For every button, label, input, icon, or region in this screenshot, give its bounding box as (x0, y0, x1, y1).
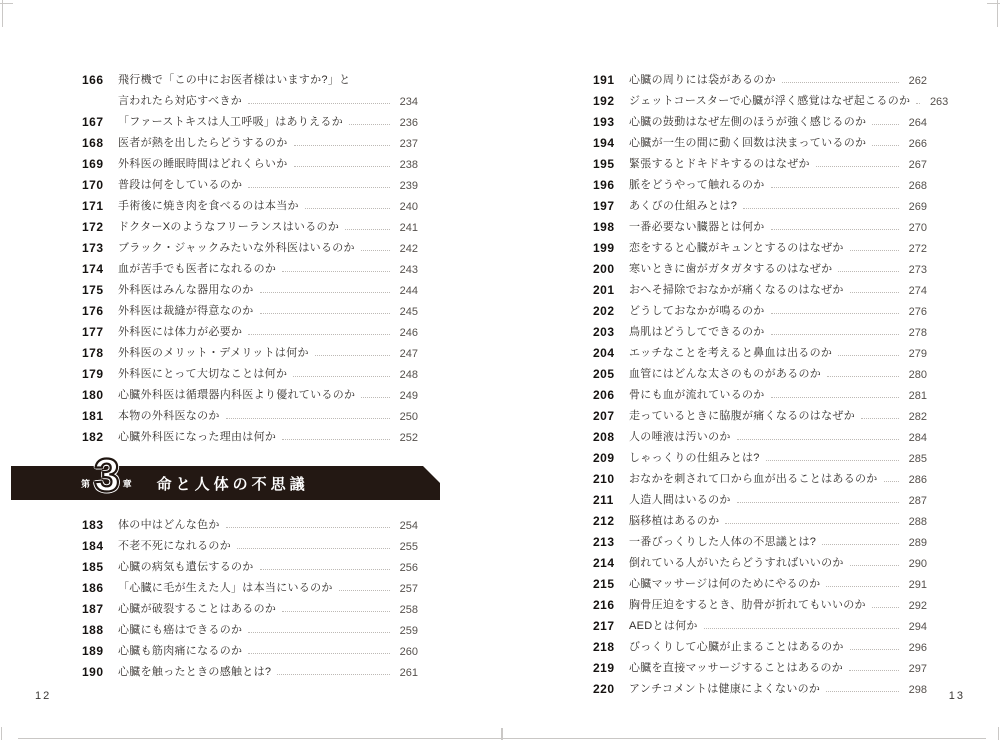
left-page: 166飛行機で「この中にお医者様はいますか?」と言われたら対応すべきか23416… (0, 0, 500, 740)
entry-page-number: 290 (905, 558, 927, 572)
entry-title: 心臓が破裂することはあるのか (118, 600, 276, 618)
leader-line (260, 292, 390, 293)
entry-number: 200 (593, 262, 629, 278)
entry-number: 188 (82, 623, 118, 639)
entry-page-number: 238 (396, 159, 418, 173)
entry-title: 心臓が一生の間に動く回数は決まっているのか (629, 134, 866, 152)
entry-page-number: 262 (905, 75, 927, 89)
toc-entry-row: 167「ファーストキスは人工呼吸」はありえるか236 (82, 110, 418, 131)
leader-line (838, 355, 899, 356)
leader-line (771, 187, 899, 188)
toc-entry-row: 198一番必要ない臓器とは何か270 (593, 215, 927, 236)
toc-entry-row: 219心臓を直接マッサージすることはあるのか297 (593, 656, 927, 677)
entry-page-number: 247 (396, 348, 418, 362)
toc-entry-row: 170普段は何をしているのか239 (82, 173, 418, 194)
leader-line (771, 313, 899, 314)
entry-page-number: 243 (396, 264, 418, 278)
leader-line (260, 569, 390, 570)
entry-title: 心臓の周りには袋があるのか (629, 71, 776, 89)
entry-number: 212 (593, 514, 629, 530)
entry-page-number: 268 (905, 180, 927, 194)
toc-entry-row: 189心臓も筋肉痛になるのか260 (82, 639, 418, 660)
entry-page-number: 254 (396, 520, 418, 534)
entry-title: 心臓も筋肉痛になるのか (118, 642, 242, 660)
leader-line (822, 544, 899, 545)
chapter-prefix-label: 第 (81, 477, 91, 490)
entry-title: 外科医は裁縫が得意なのか (118, 302, 254, 320)
entry-page-number: 255 (396, 541, 418, 555)
toc-entry-row: 220アンチコメントは健康によくないのか298 (593, 677, 927, 698)
leader-line (248, 653, 390, 654)
toc-entry-row: 195緊張するとドキドキするのはなぜか267 (593, 152, 927, 173)
entry-title: 「ファーストキスは人工呼吸」はありえるか (118, 113, 343, 131)
entry-number: 206 (593, 388, 629, 404)
leader-line (850, 649, 899, 650)
entry-title: 寒いときに歯がガタガタするのはなぜか (629, 260, 832, 278)
entry-number: 217 (593, 619, 629, 635)
entry-page-number: 276 (905, 306, 927, 320)
leader-line (782, 82, 899, 83)
toc-entry-row: 183体の中はどんな色か254 (82, 513, 418, 534)
entry-page-number: 294 (905, 621, 927, 635)
toc-entry-row: 172ドクターXのようなフリーランスはいるのか241 (82, 215, 418, 236)
entry-page-number: 273 (905, 264, 927, 278)
entry-page-number: 291 (905, 579, 927, 593)
entry-page-number: 249 (396, 390, 418, 404)
entry-number: 204 (593, 346, 629, 362)
entry-number: 192 (593, 94, 629, 110)
entry-number: 169 (82, 157, 118, 173)
leader-line (850, 250, 899, 251)
entry-page-number: 285 (905, 453, 927, 467)
toc-entry-row: 184不老不死になれるのか255 (82, 534, 418, 555)
entry-title: 骨にも血が流れているのか (629, 386, 765, 404)
toc-entry-row: 187心臓が破裂することはあるのか258 (82, 597, 418, 618)
entry-page-number: 244 (396, 285, 418, 299)
leader-line (771, 229, 899, 230)
entry-title: 心臓を直接マッサージすることはあるのか (629, 659, 843, 677)
leader-line (277, 674, 390, 675)
toc-entry-row: 201おへそ掃除でおなかが痛くなるのはなぜか274 (593, 278, 927, 299)
leader-line (861, 418, 899, 419)
entry-number: 205 (593, 367, 629, 383)
crop-mark-top-left-vertical (2, 0, 3, 27)
entry-number: 190 (82, 665, 118, 681)
entry-title: 不老不死になれるのか (118, 537, 231, 555)
entry-number: 183 (82, 518, 118, 534)
leader-line (827, 376, 899, 377)
entry-number: 191 (593, 73, 629, 89)
entry-number (82, 108, 118, 110)
leader-line (704, 628, 899, 629)
chapter-title: 命と人体の不思議 (157, 473, 309, 494)
toc-entry-row: 181本物の外科医なのか250 (82, 404, 418, 425)
toc-entry-row: 202どうしておなかが鳴るのか276 (593, 299, 927, 320)
leader-line (361, 397, 390, 398)
entry-number: 219 (593, 661, 629, 677)
entry-number: 185 (82, 560, 118, 576)
entry-number: 170 (82, 178, 118, 194)
toc-entry-row: 175外科医はみんな器用なのか244 (82, 278, 418, 299)
entry-number: 207 (593, 409, 629, 425)
entry-title: 心臓を触ったときの感触とは? (118, 663, 271, 681)
leader-line (838, 271, 899, 272)
entry-page-number: 269 (905, 201, 927, 215)
entry-title: 人造人間はいるのか (629, 491, 731, 509)
entry-number: 189 (82, 644, 118, 660)
entry-number: 211 (593, 493, 629, 509)
entry-title: 心臓外科医になった理由は何か (118, 428, 276, 446)
leader-line (293, 376, 390, 377)
entry-number: 184 (82, 539, 118, 555)
crop-mark-top-right-vertical (997, 0, 998, 27)
entry-page-number: 286 (905, 474, 927, 488)
toc-entry-row: 211人造人間はいるのか287 (593, 488, 927, 509)
toc-entry-row: 217AEDとは何か294 (593, 614, 927, 635)
crop-mark-bottom-right-vertical (998, 727, 999, 740)
chapter-suffix-label: 章 (123, 477, 133, 490)
leader-line (282, 611, 390, 612)
entry-title: 走っているときに脇腹が痛くなるのはなぜか (629, 407, 855, 425)
entry-page-number: 258 (396, 604, 418, 618)
leader-line (237, 548, 390, 549)
entry-number: 195 (593, 157, 629, 173)
leader-line (850, 565, 899, 566)
entry-title: ジェットコースターで心臓が浮く感覚はなぜ起こるのか (629, 92, 910, 110)
toc-entry-row: 194心臓が一生の間に動く回数は決まっているのか266 (593, 131, 927, 152)
toc-entry-row: 213一番びっくりした人体の不思議とは?289 (593, 530, 927, 551)
entry-page-number: 259 (396, 625, 418, 639)
toc-entry-row: 186「心臓に毛が生えた人」は本当にいるのか257 (82, 576, 418, 597)
gutter-center-tick (501, 728, 503, 740)
leader-line (737, 502, 899, 503)
entry-title: 普段は何をしているのか (118, 176, 242, 194)
entry-number: 172 (82, 220, 118, 236)
toc-entry-row: 188心臓にも癌はできるのか259 (82, 618, 418, 639)
entry-page-number: 270 (905, 222, 927, 236)
entry-page-number: 267 (905, 159, 927, 173)
leader-line (294, 166, 391, 167)
toc-entry-row: 216胸骨圧迫をするとき、肋骨が折れてもいいのか292 (593, 593, 927, 614)
leader-line (872, 607, 899, 608)
leader-line (282, 271, 390, 272)
entry-title: AEDとは何か (629, 617, 698, 635)
entry-page-number: 239 (396, 180, 418, 194)
entry-number: 214 (593, 556, 629, 572)
entry-page-number: 272 (905, 243, 927, 257)
toc-entry-row: 174血が苦手でも医者になれるのか243 (82, 257, 418, 278)
leader-line (248, 187, 390, 188)
leader-line (260, 313, 390, 314)
toc-entry-row: 208人の唾液は汚いのか284 (593, 425, 927, 446)
entry-title: 心臓マッサージは何のためにやるのか (629, 575, 820, 593)
entry-title: 外科医には体力が必要か (118, 323, 242, 341)
entry-number: 171 (82, 199, 118, 215)
leader-line (826, 691, 899, 692)
leader-line (361, 250, 390, 251)
leader-line (884, 481, 899, 482)
toc-entry-row: 178外科医のメリット・デメリットは何か247 (82, 341, 418, 362)
toc-entry-row: 204エッチなことを考えると鼻血は出るのか279 (593, 341, 927, 362)
entry-title: びっくりして心臓が止まることはあるのか (629, 638, 844, 656)
toc-entry-row: 166飛行機で「この中にお医者様はいますか?」と (82, 68, 418, 89)
entry-page-number: 257 (396, 583, 418, 597)
toc-entry-row: 199恋をすると心臓がキュンとするのはなぜか272 (593, 236, 927, 257)
toc-entry-row: 191心臓の周りには袋があるのか262 (593, 68, 927, 89)
entry-title: 外科医の睡眠時間はどれくらいか (118, 155, 288, 173)
entry-page-number: 242 (396, 243, 418, 257)
entry-number: 180 (82, 388, 118, 404)
entry-number: 186 (82, 581, 118, 597)
entry-number: 218 (593, 640, 629, 656)
entry-title: 心臓の病気も遺伝するのか (118, 558, 254, 576)
entry-page-number: 296 (905, 642, 927, 656)
entry-number: 167 (82, 115, 118, 131)
entry-title: おなかを刺されて口から血が出ることはあるのか (629, 470, 878, 488)
entry-number: 175 (82, 283, 118, 299)
toc-entry-row: 206骨にも血が流れているのか281 (593, 383, 927, 404)
toc-entry-row: 205血管にはどんな太さのものがあるのか280 (593, 362, 927, 383)
toc-entry-row: 171手術後に焼き肉を食べるのは本当か240 (82, 194, 418, 215)
entry-title: 倒れている人がいたらどうすればいいのか (629, 554, 844, 572)
toc-entry-row: 180心臓外科医は循環器内科医より優れているのか249 (82, 383, 418, 404)
leader-line (305, 208, 390, 209)
entry-title: 血管にはどんな太さのものがあるのか (629, 365, 821, 383)
toc-entry-row: 190心臓を触ったときの感触とは?261 (82, 660, 418, 681)
toc-entry-row: 185心臓の病気も遺伝するのか256 (82, 555, 418, 576)
entry-title: 心臓外科医は循環器内科医より優れているのか (118, 386, 355, 404)
toc-entry-row: 210おなかを刺されて口から血が出ることはあるのか286 (593, 467, 927, 488)
entry-number: 177 (82, 325, 118, 341)
entry-number: 197 (593, 199, 629, 215)
leader-line (226, 527, 390, 528)
entry-title: 「心臓に毛が生えた人」は本当にいるのか (118, 579, 333, 597)
entry-page-number: 288 (905, 516, 927, 530)
toc-entry-row: 215心臓マッサージは何のためにやるのか291 (593, 572, 927, 593)
entry-title: 恋をすると心臓がキュンとするのはなぜか (629, 239, 844, 257)
toc-entry-row: 212脳移植はあるのか288 (593, 509, 927, 530)
entry-title: 飛行機で「この中にお医者様はいますか?」と (118, 71, 350, 89)
entry-title: 外科医のメリット・デメリットは何か (118, 344, 309, 362)
entry-number: 199 (593, 241, 629, 257)
entry-title: 外科医はみんな器用なのか (118, 281, 254, 299)
toc-entry-row: 173ブラック・ジャックみたいな外科医はいるのか242 (82, 236, 418, 257)
entry-number: 201 (593, 283, 629, 299)
leader-line (248, 334, 390, 335)
leader-line (826, 586, 899, 587)
entry-title: ドクターXのようなフリーランスはいるのか (118, 218, 339, 236)
entry-number: 174 (82, 262, 118, 278)
leader-line (743, 208, 899, 209)
entry-number: 198 (593, 220, 629, 236)
leader-line (339, 590, 390, 591)
toc-entry-row: 218びっくりして心臓が止まることはあるのか296 (593, 635, 927, 656)
entry-page-number: 287 (905, 495, 927, 509)
toc-entry-row: 言われたら対応すべきか234 (82, 89, 418, 110)
entry-title: 胸骨圧迫をするとき、肋骨が折れてもいいのか (629, 596, 866, 614)
entry-page-number: 241 (396, 222, 418, 236)
entry-page-number: 281 (905, 390, 927, 404)
leader-line (771, 397, 899, 398)
entry-title: おへそ掃除でおなかが痛くなるのはなぜか (629, 281, 844, 299)
entry-title: 心臓にも癌はできるのか (118, 621, 242, 639)
toc-entry-row: 203鳥肌はどうしてできるのか278 (593, 320, 927, 341)
entry-page-number: 252 (396, 432, 418, 446)
entry-number: 215 (593, 577, 629, 593)
entry-page-number: 250 (396, 411, 418, 425)
toc-entry-row: 214倒れている人がいたらどうすればいいのか290 (593, 551, 927, 572)
toc-entry-row: 176外科医は裁縫が得意なのか245 (82, 299, 418, 320)
entry-title: アンチコメントは健康によくないのか (629, 680, 820, 698)
entry-number: 203 (593, 325, 629, 341)
chapter-number: 3 (94, 452, 120, 498)
entry-title: 一番びっくりした人体の不思議とは? (629, 533, 816, 551)
entry-title: 緊張するとドキドキするのはなぜか (629, 155, 810, 173)
leader-line (816, 166, 899, 167)
toc-entry-row: 168医者が熱を出したらどうするのか237 (82, 131, 418, 152)
entry-page-number: 298 (905, 684, 927, 698)
entry-title: 人の唾液は汚いのか (629, 428, 731, 446)
entry-title: 心臓の鼓動はなぜ左側のほうが強く感じるのか (629, 113, 866, 131)
entry-number: 178 (82, 346, 118, 362)
leader-line (737, 439, 899, 440)
entry-title: 言われたら対応すべきか (118, 92, 242, 110)
entry-page-number: 280 (905, 369, 927, 383)
entry-page-number: 284 (905, 432, 927, 446)
entry-page-number: 237 (396, 138, 418, 152)
entry-page-number: 289 (905, 537, 927, 551)
entry-number: 194 (593, 136, 629, 152)
leader-line (766, 460, 899, 461)
entry-number: 213 (593, 535, 629, 551)
leader-line (349, 124, 390, 125)
toc-list-left-top: 166飛行機で「この中にお医者様はいますか?」と言われたら対応すべきか23416… (82, 68, 418, 446)
leader-line (849, 670, 899, 671)
toc-entry-row: 192ジェットコースターで心臓が浮く感覚はなぜ起こるのか263 (593, 89, 927, 110)
toc-list-left-bottom: 183体の中はどんな色か254184不老不死になれるのか255185心臓の病気も… (82, 513, 418, 681)
entry-page-number: 274 (905, 285, 927, 299)
entry-title: 血が苦手でも医者になれるのか (118, 260, 276, 278)
entry-number: 209 (593, 451, 629, 467)
leader-line (315, 355, 390, 356)
crop-mark-top-right-horizontal (987, 3, 1000, 4)
entry-page-number: 256 (396, 562, 418, 576)
toc-entry-row: 179外科医にとって大切なことは何か248 (82, 362, 418, 383)
leader-line (226, 418, 390, 419)
page-number-left: 12 (35, 690, 51, 702)
crop-mark-bottom-left-vertical (1, 727, 2, 740)
toc-entry-row: 196脈をどうやって触れるのか268 (593, 173, 927, 194)
entry-page-number: 248 (396, 369, 418, 383)
chapter-banner: 第 3 章 命と人体の不思議 (81, 466, 309, 500)
entry-page-number: 282 (905, 411, 927, 425)
leader-line (294, 145, 391, 146)
entry-page-number: 245 (396, 306, 418, 320)
entry-page-number: 297 (905, 663, 927, 677)
leader-line (771, 334, 899, 335)
entry-title: あくびの仕組みとは? (629, 197, 737, 215)
entry-page-number: 263 (926, 96, 948, 110)
leader-line (850, 292, 899, 293)
entry-page-number: 292 (905, 600, 927, 614)
entry-number: 181 (82, 409, 118, 425)
entry-page-number: 260 (396, 646, 418, 660)
entry-number: 179 (82, 367, 118, 383)
entry-page-number: 266 (905, 138, 927, 152)
leader-line (282, 439, 390, 440)
toc-entry-row: 209しゃっくりの仕組みとは?285 (593, 446, 927, 467)
toc-entry-row: 182心臓外科医になった理由は何か252 (82, 425, 418, 446)
toc-list-right: 191心臓の周りには袋があるのか262192ジェットコースターで心臓が浮く感覚は… (593, 68, 927, 698)
entry-number: 202 (593, 304, 629, 320)
leader-line (872, 145, 899, 146)
entry-page-number: 234 (396, 96, 418, 110)
entry-page-number: 261 (396, 667, 418, 681)
entry-number: 193 (593, 115, 629, 131)
entry-title: エッチなことを考えると鼻血は出るのか (629, 344, 832, 362)
entry-number: 210 (593, 472, 629, 488)
toc-entry-row: 193心臓の鼓動はなぜ左側のほうが強く感じるのか264 (593, 110, 927, 131)
toc-entry-row: 177外科医には体力が必要か246 (82, 320, 418, 341)
right-page: 191心臓の周りには袋があるのか262192ジェットコースターで心臓が浮く感覚は… (500, 0, 1000, 740)
entry-title: 鳥肌はどうしてできるのか (629, 323, 765, 341)
leader-line (345, 229, 390, 230)
entry-page-number: 278 (905, 327, 927, 341)
entry-title: しゃっくりの仕組みとは? (629, 449, 760, 467)
toc-entry-row: 197あくびの仕組みとは?269 (593, 194, 927, 215)
entry-title: 脈をどうやって触れるのか (629, 176, 765, 194)
leader-line (248, 103, 390, 104)
entry-number: 182 (82, 430, 118, 446)
entry-number: 208 (593, 430, 629, 446)
entry-number: 187 (82, 602, 118, 618)
entry-title: どうしておなかが鳴るのか (629, 302, 765, 320)
leader-line (725, 523, 899, 524)
entry-title: 本物の外科医なのか (118, 407, 220, 425)
entry-title: 脳移植はあるのか (629, 512, 719, 530)
entry-title: 外科医にとって大切なことは何か (118, 365, 287, 383)
entry-page-number: 264 (905, 117, 927, 131)
entry-number: 166 (82, 73, 118, 89)
toc-entry-row: 207走っているときに脇腹が痛くなるのはなぜか282 (593, 404, 927, 425)
entry-title: ブラック・ジャックみたいな外科医はいるのか (118, 239, 355, 257)
entry-number: 220 (593, 682, 629, 698)
leader-line (248, 632, 390, 633)
entry-page-number: 246 (396, 327, 418, 341)
entry-page-number: 240 (396, 201, 418, 215)
entry-number: 216 (593, 598, 629, 614)
page-number-right: 13 (949, 690, 965, 702)
entry-title: 体の中はどんな色か (118, 516, 220, 534)
entry-number: 173 (82, 241, 118, 257)
entry-page-number: 279 (905, 348, 927, 362)
leader-line (872, 124, 899, 125)
entry-number: 176 (82, 304, 118, 320)
entry-title: 一番必要ない臓器とは何か (629, 218, 765, 236)
entry-number: 168 (82, 136, 118, 152)
toc-entry-row: 169外科医の睡眠時間はどれくらいか238 (82, 152, 418, 173)
toc-entry-row: 200寒いときに歯がガタガタするのはなぜか273 (593, 257, 927, 278)
entry-title: 手術後に焼き肉を食べるのは本当か (118, 197, 299, 215)
entry-number: 196 (593, 178, 629, 194)
entry-title: 医者が熱を出したらどうするのか (118, 134, 288, 152)
leader-line (916, 103, 920, 104)
entry-page-number: 236 (396, 117, 418, 131)
